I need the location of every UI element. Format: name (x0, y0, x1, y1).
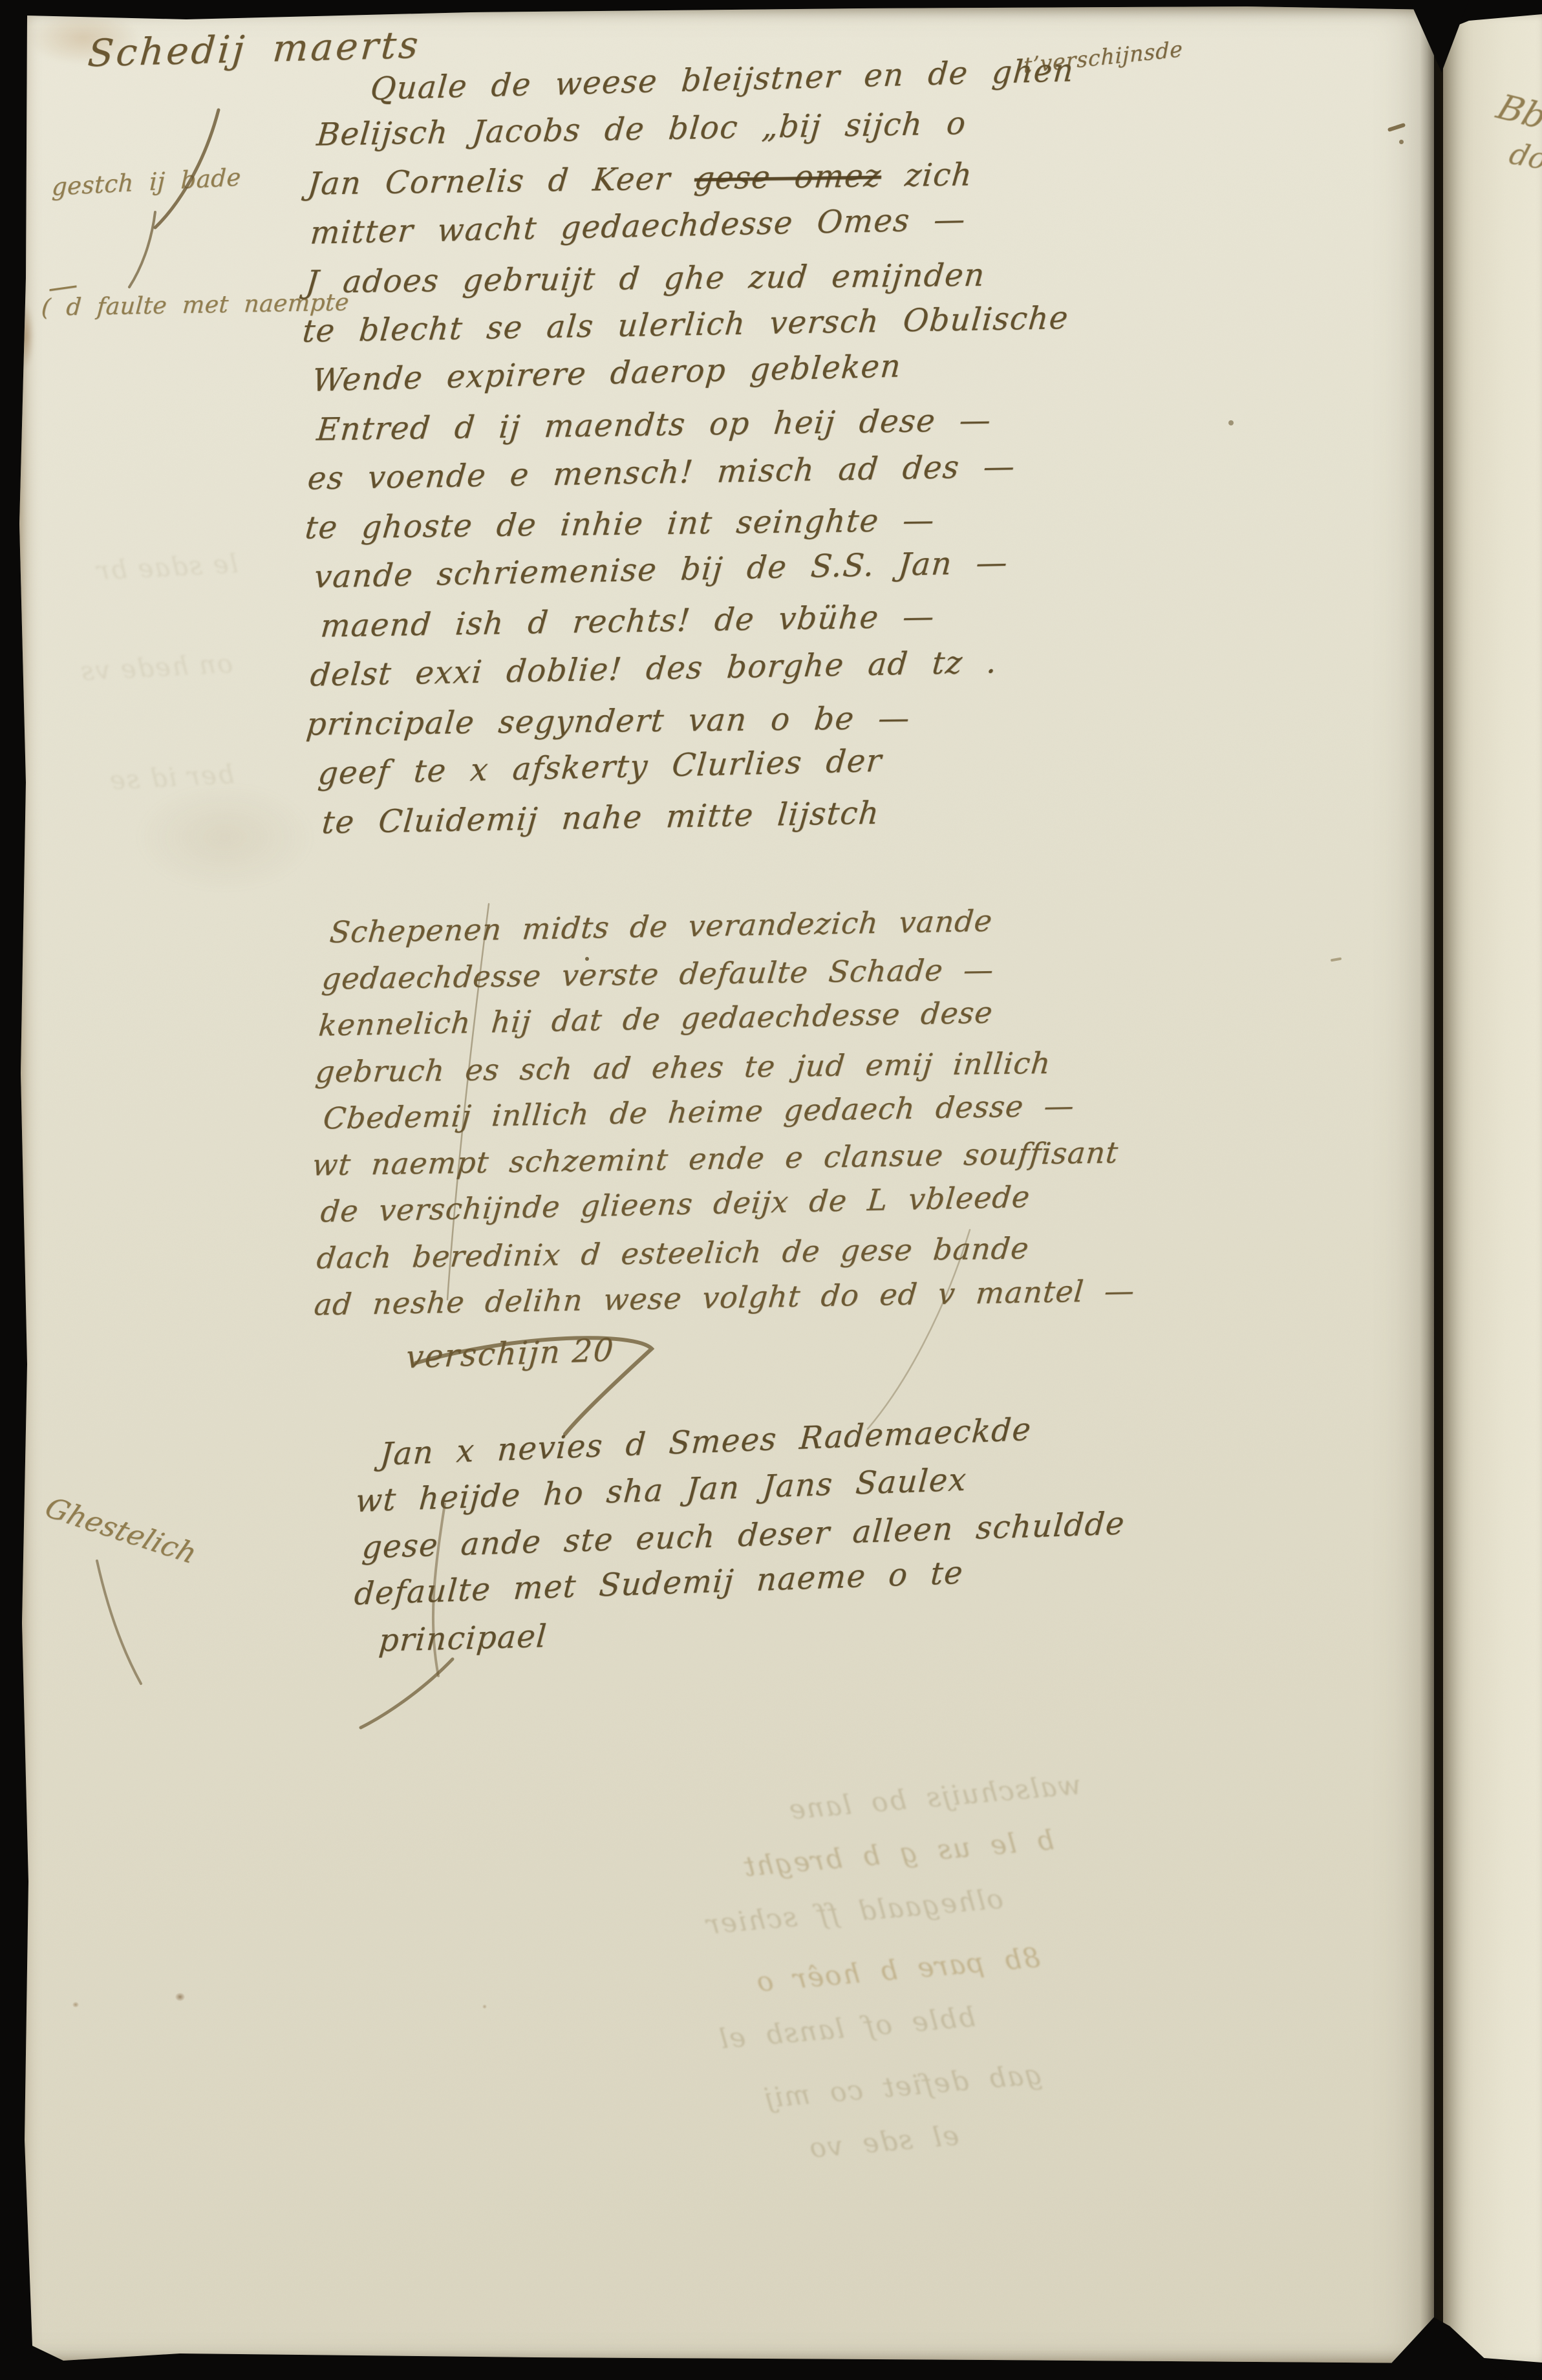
manuscript-line: dach beredinix d esteelich de gese bande (316, 1231, 1031, 1276)
manuscript-line: ad neshe delihn wese volght do ed v mant… (313, 1273, 1137, 1322)
ink-bleedthrough-line: b le us g b breght (742, 1824, 1055, 1883)
manuscript-line: te blecht se als ulerlich versch Obulisc… (301, 300, 1071, 350)
ink-bleedthrough-line: el sde vo (807, 2119, 960, 2164)
recto-text-fragment: Bb (1492, 87, 1542, 136)
paper-stain (175, 1993, 185, 2001)
manuscript-line: principale segyndert van o be — (305, 700, 912, 743)
ink-bleedthrough-line: olhegaald ff schier (704, 1883, 1005, 1940)
ink-specks (18, 6, 19, 7)
manuscript-line: wt naempt schzemint ende e clansue souff… (311, 1135, 1120, 1183)
manuscript-line: J adoes gebruijt d ghe zud emijnden (304, 257, 987, 301)
adjacent-page-edge: Bb do (1443, 8, 1542, 2363)
ink-bleedthrough-line: bble of lansb el (717, 2001, 977, 2055)
manuscript-line: de verschijnde glieens deijx de L vbleed… (319, 1179, 1032, 1229)
ink-bleedthrough-line: ber id se (108, 760, 235, 796)
ink-bleedthrough-line: gab defiet co mij (762, 2058, 1044, 2114)
manuscript-line: geef te x afskerty Clurlies der (317, 743, 884, 792)
manuscript-line: maend ish d rechts! de vbühe — (319, 599, 936, 645)
manuscript-line: te Cluidemij nahe mitte lijstch (321, 795, 881, 841)
line-text: Jan Cornelis d Keer (306, 161, 696, 202)
manuscript-line: kennelich hij dat de gedaechdesse dese (317, 995, 994, 1043)
paper-stain (134, 782, 316, 892)
manuscript-line: gedaechdesse verste defaulte Schade — (321, 952, 996, 996)
manuscript-line: es voende e mensch! misch ad des — (306, 449, 1017, 497)
manuscript-line: Quale de weese bleijstner en de ghen (369, 52, 1076, 107)
manuscript-line: te ghoste de inhie int seinghte — (303, 502, 936, 546)
manuscript-line: mitter wacht gedaechdesse Omes — (309, 202, 968, 252)
manuscript-line: Schepenen midts de verandezich vande (328, 903, 994, 950)
manuscript-line: wt heijde ho sha Jan Jans Saulex (354, 1462, 968, 1519)
manuscript-line-with-strikethrough: Jan Cornelis d Keer gese omez zich (306, 157, 974, 202)
book-scan-photo: { "colors": { "ink": "#63512d", "ink_sec… (0, 0, 1542, 2380)
margin-note-3: Ghestelich (40, 1492, 202, 1571)
line-text: zich (880, 157, 974, 195)
manuscript-line: defaulte met Sudemij naeme o te (353, 1555, 965, 1613)
manuscript-line: Cbedemij inllich de heime gedaech desse … (322, 1088, 1076, 1136)
ink-bleedthrough-line: le sdae br (95, 549, 239, 586)
recto-text-fragment: do (1506, 136, 1542, 177)
manuscript-line: Entred d ij maendts op heij dese — (315, 402, 993, 448)
manuscript-line: Belijsch Jacobs de bloc „bij sijch o (316, 105, 968, 153)
manuscript-line: Wende expirere daerop gebleken (311, 348, 903, 399)
manuscript-line: delst exxi doblie! des borghe ad tz . (309, 645, 1000, 694)
manuscript-page: le sdae br on hede vs ber id se Schedij … (18, 6, 1434, 2363)
paper-stain (18, 305, 34, 367)
paper-stain (482, 2004, 487, 2009)
ink-bleedthrough-line: walschuijs bo lane (787, 1768, 1082, 1825)
entry-heading: Schedij maerts (86, 22, 422, 75)
struck-out-words: gese omez (692, 158, 883, 197)
manuscript-line: principael (378, 1618, 549, 1659)
ink-bleedthrough-line: 8b pare b hoêr o (755, 1942, 1042, 1998)
paragraph-closing-line: verschijn 20 (405, 1333, 616, 1376)
ink-bleedthrough-line: on hede vs (79, 649, 233, 687)
paper-stain (72, 2002, 79, 2008)
margin-note-1: gestch ij bade (51, 164, 241, 201)
manuscript-line: vande schriemenise bij de S.S. Jan — (313, 544, 1010, 595)
manuscript-line: gebruch es sch ad ehes te jud emij inlli… (314, 1045, 1052, 1089)
